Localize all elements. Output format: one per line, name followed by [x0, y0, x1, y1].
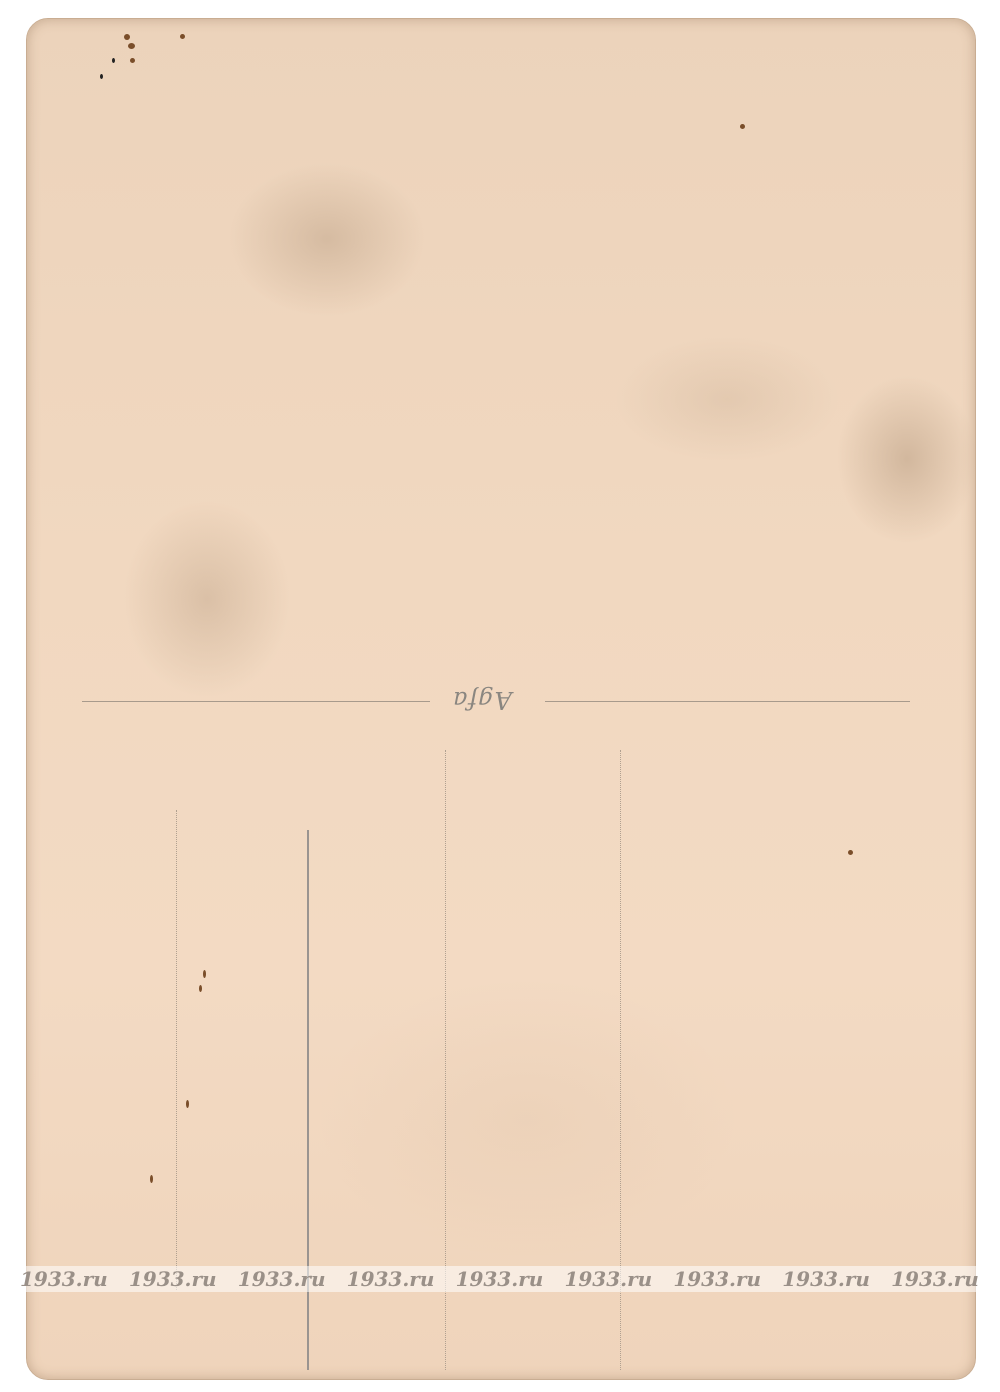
pencil-note: Agfa	[452, 686, 512, 714]
stain-spot	[128, 43, 135, 49]
stain-spot	[180, 34, 185, 39]
stain-spot	[848, 850, 853, 855]
watermark-text: 1933.ru	[673, 1267, 782, 1291]
stain-spot	[740, 124, 745, 129]
watermark-text: 1933.ru	[564, 1267, 673, 1291]
stain-spot	[112, 58, 115, 63]
watermark-text: 1933.ru	[782, 1267, 891, 1291]
dotted-line-1	[176, 810, 177, 1290]
horizontal-rule-left	[82, 701, 430, 702]
watermark-text: 1933.ru	[891, 1267, 1000, 1291]
watermark-text: 1933.ru	[129, 1267, 238, 1291]
stain-spot	[124, 34, 130, 40]
watermark-text: 1933.ru	[20, 1267, 129, 1291]
stain-spot	[199, 985, 202, 992]
watermark-text: 1933.ru	[238, 1267, 347, 1291]
stain-spot	[100, 74, 103, 79]
horizontal-rule-right	[545, 701, 910, 702]
stain-spot	[186, 1100, 189, 1108]
watermark-text: 1933.ru	[347, 1267, 456, 1291]
watermark-bar: 1933.ru 1933.ru 1933.ru 1933.ru 1933.ru …	[0, 1266, 1000, 1292]
stain-spot	[130, 58, 135, 63]
stain-spot	[203, 970, 206, 978]
stain-spot	[150, 1175, 153, 1183]
watermark-text: 1933.ru	[456, 1267, 565, 1291]
